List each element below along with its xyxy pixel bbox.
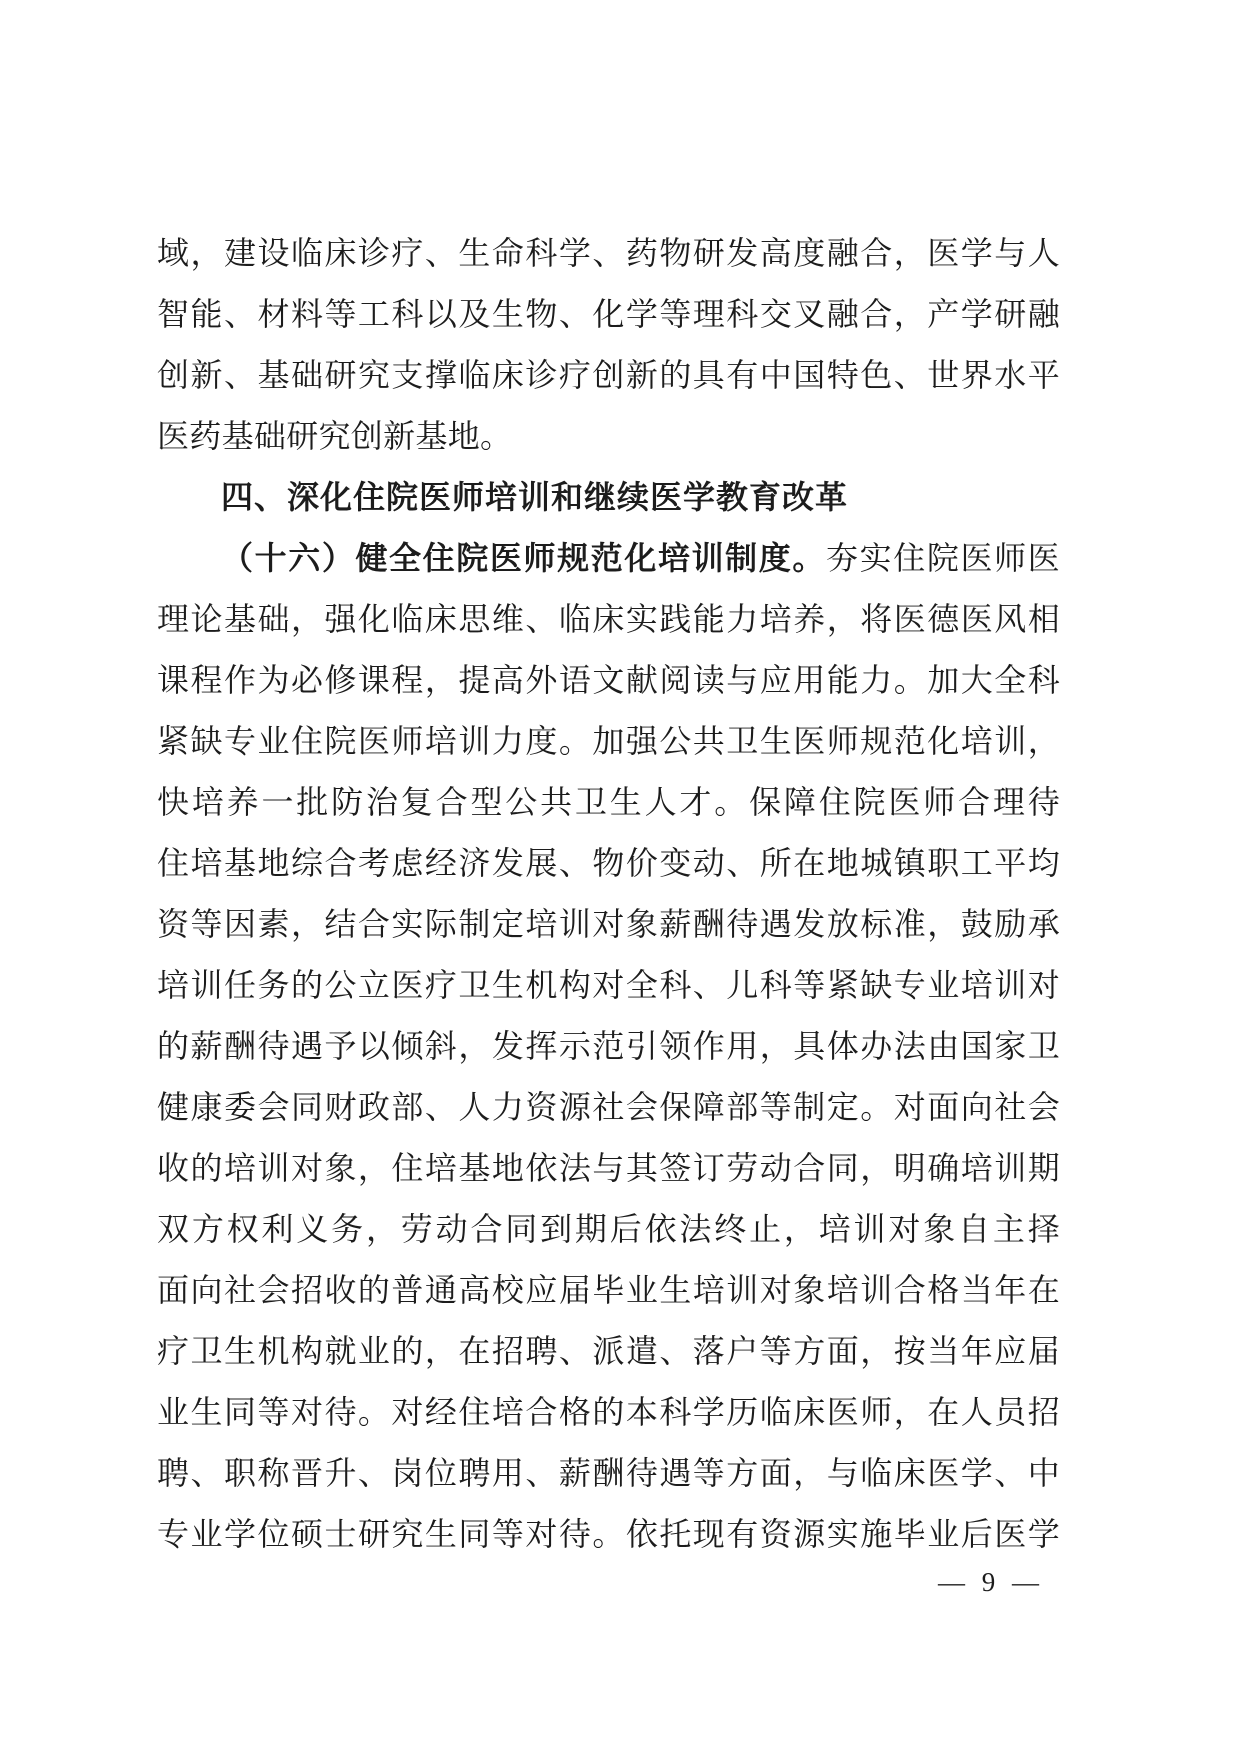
text-line: 面向社会招收的普通高校应届毕业生培训对象培训合格当年在医 xyxy=(157,1260,1060,1321)
text-line: 的薪酬待遇予以倾斜，发挥示范引领作用，具体办法由国家卫生 xyxy=(157,1016,1060,1077)
text-line: 理论基础，强化临床思维、临床实践能力培养，将医德医风相关 xyxy=(157,589,1060,650)
text-line: 培训任务的公立医疗卫生机构对全科、儿科等紧缺专业培训对象 xyxy=(157,955,1060,1016)
document-page: 域，建设临床诊疗、生命科学、药物研发高度融合，医学与人工 智能、材料等工科以及生… xyxy=(0,0,1240,1754)
text-line: 专业学位硕士研究生同等对待。依托现有资源实施毕业后医学教 xyxy=(157,1504,1060,1565)
text-line: 域，建设临床诊疗、生命科学、药物研发高度融合，医学与人工 xyxy=(157,223,1060,284)
text-line: 资等因素，结合实际制定培训对象薪酬待遇发放标准，鼓励承担 xyxy=(157,894,1060,955)
text-line: 住培基地综合考虑经济发展、物价变动、所在地城镇职工平均工 xyxy=(157,833,1060,894)
text-line: 快培养一批防治复合型公共卫生人才。保障住院医师合理待遇， xyxy=(157,772,1060,833)
clause-title: （十六）健全住院医师规范化培训制度。 xyxy=(221,540,826,576)
text-line: 课程作为必修课程，提高外语文献阅读与应用能力。加大全科等 xyxy=(157,650,1060,711)
text-line: 收的培训对象，住培基地依法与其签订劳动合同，明确培训期间 xyxy=(157,1138,1060,1199)
text-line: 创新、基础研究支撑临床诊疗创新的具有中国特色、世界水平的 xyxy=(157,345,1060,406)
text-line: 聘、职称晋升、岗位聘用、薪酬待遇等方面，与临床医学、中医 xyxy=(157,1443,1060,1504)
document-body: 域，建设临床诊疗、生命科学、药物研发高度融合，医学与人工 智能、材料等工科以及生… xyxy=(157,223,1060,1565)
text-line: 健康委会同财政部、人力资源社会保障部等制定。对面向社会招 xyxy=(157,1077,1060,1138)
page-number: — 9 — xyxy=(938,1562,1044,1602)
text-line: 双方权利义务，劳动合同到期后依法终止，培训对象自主择业。 xyxy=(157,1199,1060,1260)
text-line: 智能、材料等工科以及生物、化学等理科交叉融合，产学研融通 xyxy=(157,284,1060,345)
text-line: 紧缺专业住院医师培训力度。加强公共卫生医师规范化培训，加 xyxy=(157,711,1060,772)
text-line: 疗卫生机构就业的，在招聘、派遣、落户等方面，按当年应届毕 xyxy=(157,1321,1060,1382)
text-line: 医药基础研究创新基地。 xyxy=(157,406,1060,467)
text-line: 业生同等对待。对经住培合格的本科学历临床医师，在人员招 xyxy=(157,1382,1060,1443)
section-heading: 四、深化住院医师培训和继续医学教育改革 xyxy=(157,467,1060,528)
text-line: （十六）健全住院医师规范化培训制度。夯实住院医师医学 xyxy=(157,528,1060,589)
